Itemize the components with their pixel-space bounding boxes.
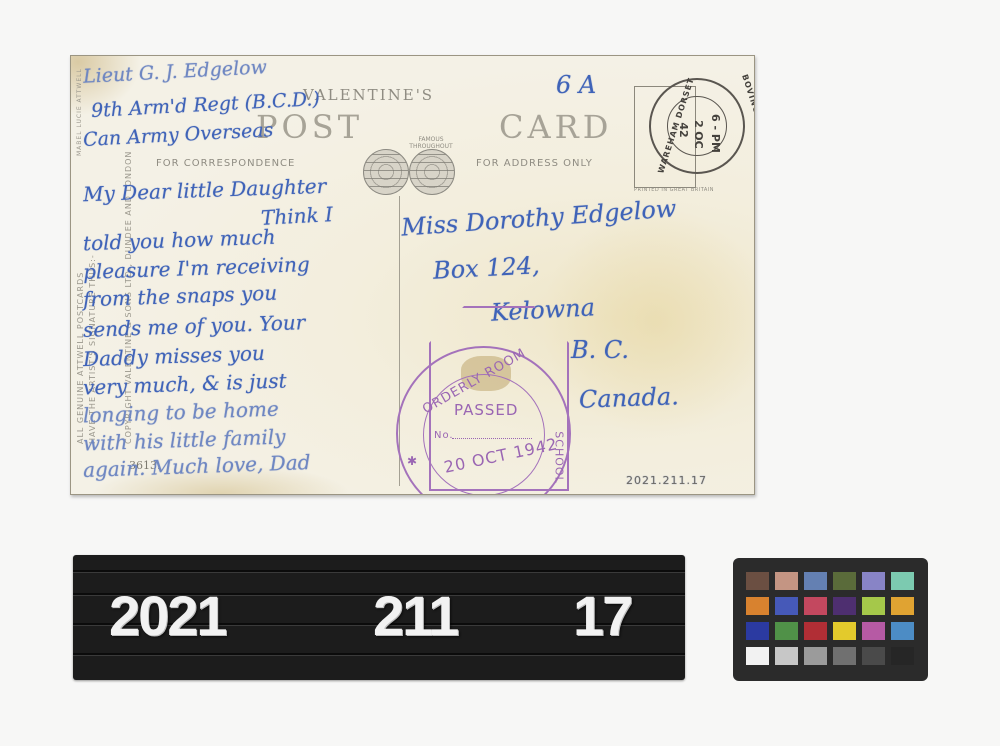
color-swatch	[833, 647, 856, 665]
handwritten-line: pleasure I'm receiving	[83, 252, 310, 284]
correspondence-label: FOR CORRESPONDENCE	[156, 158, 295, 169]
stamp-printed-text: PRINTED IN GREAT BRITAIN	[634, 187, 714, 193]
color-swatch	[804, 572, 827, 590]
censor-no-label: No.	[434, 430, 454, 441]
color-swatch	[804, 597, 827, 615]
color-swatch	[775, 622, 798, 640]
handwritten-line: sends me of you. Your	[83, 310, 306, 342]
color-swatch-grid	[746, 572, 914, 665]
globes-logo	[363, 149, 463, 195]
handwritten-line: told you how much	[83, 225, 276, 256]
handwritten-line: My Dear little Daughter	[83, 174, 327, 206]
color-swatch	[891, 597, 914, 615]
postcard: VALENTINE'S POST CARD FAMOUS THROUGHOUT …	[70, 55, 755, 495]
side-print-artist: MABEL LUCIE ATTWELL	[76, 68, 83, 156]
postmark-month: OC	[692, 130, 704, 150]
censor-status: PASSED	[454, 401, 518, 419]
color-swatch	[891, 572, 914, 590]
color-swatch	[862, 572, 885, 590]
censor-no-line	[452, 438, 532, 439]
color-swatch	[746, 597, 769, 615]
color-swatch	[833, 622, 856, 640]
color-swatch	[862, 622, 885, 640]
color-swatch	[746, 647, 769, 665]
color-swatch	[746, 572, 769, 590]
handwritten-line: Daddy misses you	[83, 341, 266, 371]
publisher-name: VALENTINE'S	[303, 86, 434, 104]
globe-icon	[363, 149, 409, 195]
handwritten-line: Can Army Overseas	[83, 119, 274, 151]
accession-number-pencil: 2021.211.17	[626, 474, 707, 487]
color-swatch	[833, 597, 856, 615]
color-swatch	[775, 572, 798, 590]
star-icon: ✱	[407, 454, 418, 468]
color-swatch	[833, 572, 856, 590]
tray-groove	[73, 570, 685, 573]
handwritten-line: from the snaps you	[83, 281, 278, 312]
tray-number-item: 17	[573, 583, 631, 648]
postmark-time: 6 - PM	[709, 114, 721, 134]
color-checker-card	[733, 558, 928, 681]
corner-note: 6 A	[556, 71, 596, 99]
color-swatch	[804, 647, 827, 665]
handwritten-line: with his little family	[83, 424, 286, 455]
tray-number-year: 2021	[109, 583, 226, 648]
color-swatch	[775, 647, 798, 665]
color-swatch	[746, 622, 769, 640]
address-line: B. C.	[571, 336, 629, 364]
color-swatch	[891, 647, 914, 665]
address-line: Canada.	[579, 382, 680, 413]
address-line: Box 124,	[432, 251, 540, 285]
accession-number-tray: 2021 211 17	[73, 555, 685, 680]
handwritten-line: very much, & is just	[83, 368, 287, 399]
color-swatch	[891, 622, 914, 640]
color-swatch	[775, 597, 798, 615]
address-label: FOR ADDRESS ONLY	[476, 158, 593, 169]
color-swatch	[804, 622, 827, 640]
tray-groove	[73, 653, 685, 656]
tray-number-lot: 211	[373, 583, 457, 648]
handwritten-line: longing to be home	[83, 397, 279, 428]
card-title: CARD	[499, 108, 612, 146]
globe-icon	[409, 149, 455, 195]
globe-caption: FAMOUS THROUGHOUT	[401, 136, 461, 150]
color-swatch	[862, 597, 885, 615]
color-swatch	[862, 647, 885, 665]
